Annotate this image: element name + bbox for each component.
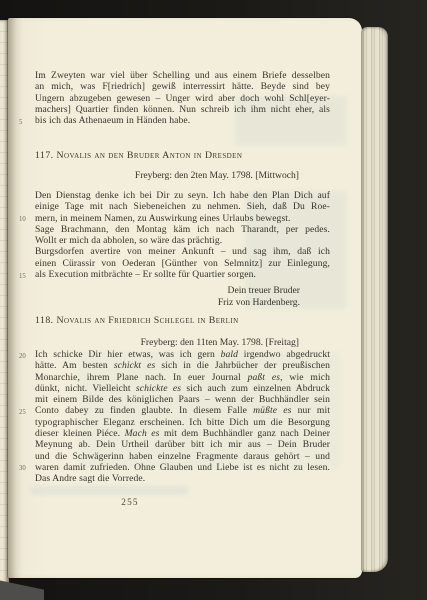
letter-117-body: Den Dienstag denke ich bei Dir zu seyn. … xyxy=(35,190,330,280)
text-line: Meynung ab. Dein Urtheil darüber bitt ic… xyxy=(35,439,330,450)
letter-117-heading: 117. Novalis an den Bruder Anton in Dres… xyxy=(35,150,330,162)
text-line: 20Ich schicke Dir hier etwas, was ich ge… xyxy=(35,349,330,360)
letter-title: Novalis an Friedrich Schlegel in Berlin xyxy=(56,315,238,326)
text-line: dieser kleinen Piéce. Mach es mit dem Bu… xyxy=(35,428,330,439)
text-line: 25Conto dabey zu finden glaubte. In dies… xyxy=(35,405,330,416)
margin-line-number: 5 xyxy=(19,117,32,128)
margin-line-number: 10 xyxy=(19,214,32,225)
text-line: 15als Execution mitbrächte – Er sollte f… xyxy=(35,269,330,280)
letter-number: 118. xyxy=(35,315,56,326)
text-line: hätte. Am besten schickt es sich in die … xyxy=(35,360,330,371)
text-line: einen Cürassir von Oederan [Günther von … xyxy=(35,258,330,269)
margin-line-number: 30 xyxy=(19,463,32,474)
text-line: Den Dienstag denke ich bei Dir zu seyn. … xyxy=(35,190,330,201)
text-line: dünkt, nicht. Vielleicht schickte es sic… xyxy=(35,383,330,394)
book-page: Im Zweyten war viel über Schelling und a… xyxy=(8,18,362,578)
text-line: Wollt er mich da abholen, so wäre das pr… xyxy=(35,235,330,246)
margin-line-number: 15 xyxy=(19,271,32,282)
margin-line-number: 25 xyxy=(19,407,32,418)
text-line: 10mern, in meinem Namen, zu Auswirkung e… xyxy=(35,213,330,224)
intro-paragraph: Im Zweyten war viel über Schelling und a… xyxy=(35,70,330,126)
text-line: Sage Brachmann, den Montag käm ich nach … xyxy=(35,224,330,235)
letter-number: 117. xyxy=(35,150,56,161)
text-line: Das Andre sagt die Vorrede. xyxy=(35,473,330,484)
text-line: machers] Quartier finden können. Nun sch… xyxy=(35,104,330,115)
signature-line: Dein treuer Bruder xyxy=(35,285,330,297)
letter-117-signature: Dein treuer BruderFriz von Hardenberg. xyxy=(35,285,330,308)
text-line: 30waren damit zufrieden. Ohne Glauben un… xyxy=(35,462,330,473)
text-line: und die Schwägerinn haben einzelne Fragm… xyxy=(35,451,330,462)
letter-117-dateline: Freyberg: den 2ten May. 1798. [Mittwoch] xyxy=(35,170,330,182)
page-edges xyxy=(361,27,388,572)
text-line: Ungern abzugeben gewesen – Unger wird ab… xyxy=(35,93,330,104)
margin-line-number: 20 xyxy=(19,351,32,362)
signature-line: Friz von Hardenberg. xyxy=(35,297,330,309)
text-line: typographischer Eleganz erscheinen. Ich … xyxy=(35,417,330,428)
text-line: einige Tage mit nach Siebeneichen zu neh… xyxy=(35,201,330,212)
page-number: 255 xyxy=(110,497,150,507)
book-scan-background: Im Zweyten war viel über Schelling und a… xyxy=(0,0,427,600)
text-line: Burgsdorfen avertire von meiner Ankunft … xyxy=(35,246,330,257)
letter-118-dateline: Freyberg: den 11ten May. 1798. [Freitag] xyxy=(35,337,330,349)
letter-118-heading: 118. Novalis an Friedrich Schlegel in Be… xyxy=(35,315,330,327)
letter-title: Novalis an den Bruder Anton in Dresden xyxy=(56,150,242,161)
text-line: 5bis ich das Athenaeum in Händen habe. xyxy=(35,115,330,126)
text-line: Monarchie, ihrem Plane nach. In euer Jou… xyxy=(35,372,330,383)
text-line: mit einem Bilde des königlichen Paars – … xyxy=(35,394,330,405)
page-text: Im Zweyten war viel über Schelling und a… xyxy=(35,18,330,578)
letter-118-body: 20Ich schicke Dir hier etwas, was ich ge… xyxy=(35,349,330,485)
text-line: Im Zweyten war viel über Schelling und a… xyxy=(35,70,330,81)
text-line: an mich, was F[riedrich] gewiß interress… xyxy=(35,81,330,92)
